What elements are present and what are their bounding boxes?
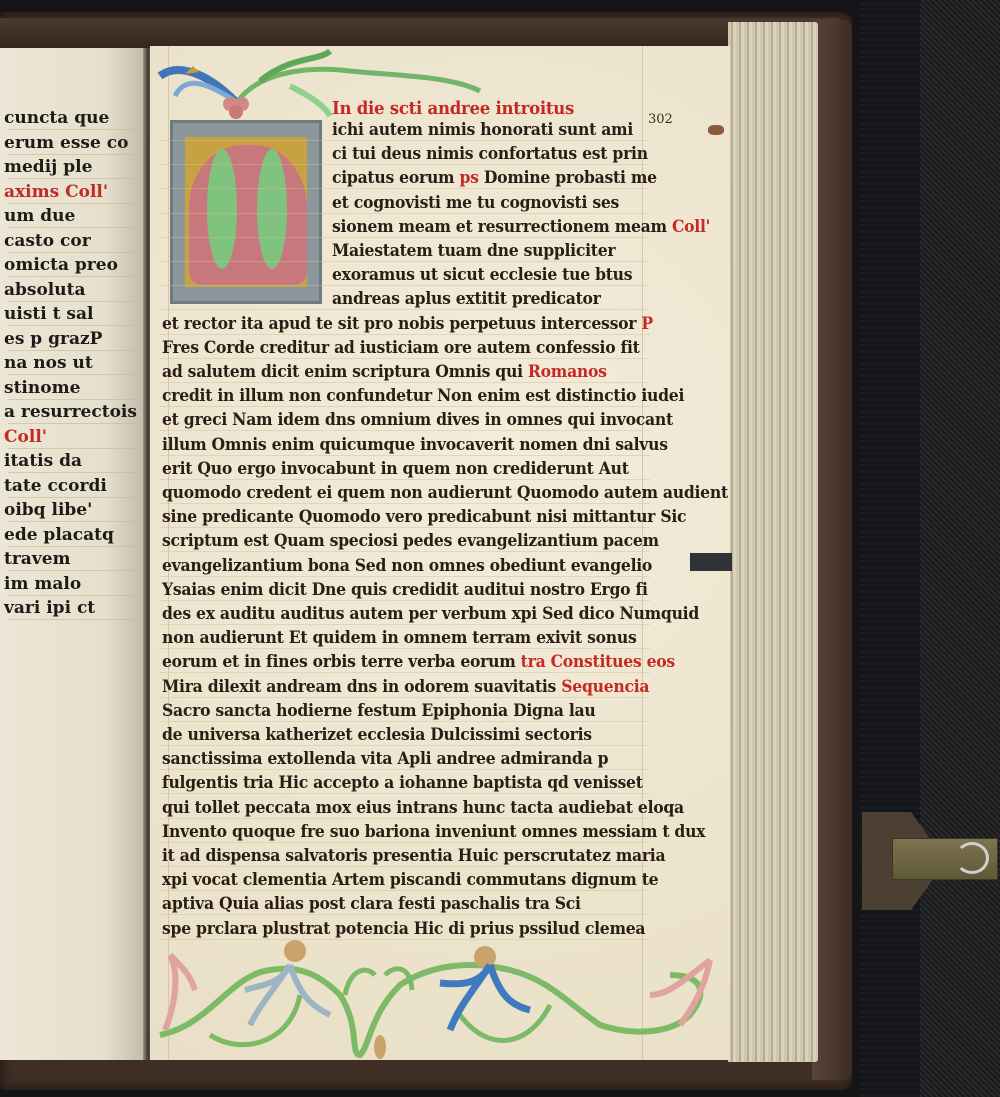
ruling-line	[160, 188, 650, 189]
manuscript-line: eorum et in fines orbis terre verba eoru…	[162, 652, 675, 672]
manuscript-line: Invento quoque fre suo bariona inveniunt…	[162, 822, 705, 842]
ruling-line	[8, 521, 148, 522]
ruling-line	[160, 213, 650, 214]
ruling-line	[8, 227, 148, 228]
manuscript-line: ad salutem dicit enim scriptura Omnis qu…	[162, 362, 607, 382]
line-text: illum Omnis enim quicumque invocaverit n…	[162, 435, 668, 455]
ruling-line	[160, 285, 650, 286]
ruling-line	[8, 546, 148, 547]
line-text: fulgentis tria Hic accepto a iohanne bap…	[162, 773, 643, 793]
line-text: Maiestatem tuam dne suppliciter	[332, 241, 615, 261]
cover-top-edge	[0, 18, 840, 48]
initial-leaf-icon	[207, 149, 237, 269]
left-page-line: axims Coll'	[4, 182, 108, 202]
ruling-line	[160, 914, 650, 915]
rubric-text: P	[641, 314, 652, 334]
ruling-line	[160, 406, 650, 407]
manuscript-line: qui tollet peccata mox eius intrans hunc…	[162, 798, 684, 818]
line-text: Invento quoque fre suo bariona inveniunt…	[162, 822, 705, 842]
ruling-line	[160, 503, 650, 504]
manuscript-line: scriptum est Quam speciosi pedes evangel…	[162, 531, 659, 551]
ruling-line	[8, 129, 148, 130]
line-text: Ysaias enim dicit Dne quis credidit audi…	[162, 580, 648, 600]
left-page-line: um due	[4, 206, 75, 226]
ruling-line	[8, 301, 148, 302]
manuscript-line: des ex auditu auditus autem per verbum x…	[162, 604, 699, 624]
left-page-line: itatis da	[4, 451, 82, 471]
ruling-line	[8, 252, 148, 253]
ruling-line	[160, 672, 650, 673]
ruling-line	[160, 309, 650, 310]
ruling-line	[8, 399, 148, 400]
manuscript-line: ci tui deus nimis confortatus est prin	[332, 144, 648, 164]
line-text: et greci Nam idem dns omnium dives in om…	[162, 410, 673, 430]
left-page-line: a resurrectois	[4, 402, 137, 422]
margin-rule-right	[642, 46, 643, 1060]
rubric-text: Coll'	[672, 217, 710, 237]
ruling-line	[8, 374, 148, 375]
left-page-line: travem	[4, 549, 71, 569]
left-page-line: erum esse co	[4, 133, 128, 153]
ruling-line	[160, 430, 650, 431]
ruling-line	[8, 325, 148, 326]
ruling-line	[160, 866, 650, 867]
line-text: exoramus ut sicut ecclesie tue btus	[332, 265, 632, 285]
rubric-heading: In die scti andree introitus	[332, 98, 574, 119]
clasp-hook-icon	[955, 842, 989, 874]
line-text: aptiva Quia alias post clara festi pasch…	[162, 894, 581, 914]
ruling-line	[8, 595, 148, 596]
rubric-text: ps	[460, 168, 479, 188]
line-text: Sacro sancta hodierne festum Epiphonia D…	[162, 701, 595, 721]
left-page-line: omicta preo	[4, 255, 118, 275]
mesh-background	[920, 0, 1000, 1097]
left-page-line: ede placatq	[4, 525, 114, 545]
manuscript-line: credit in illum non confundetur Non enim…	[162, 386, 684, 406]
line-text: eorum et in fines orbis terre verba eoru…	[162, 652, 515, 672]
manuscript-line: sionem meam et resurrectionem meam Coll'	[332, 217, 710, 237]
cover-fore-edge	[812, 20, 852, 1080]
ruling-line	[8, 178, 148, 179]
left-page-line: na nos ut	[4, 353, 93, 373]
left-page-line: cuncta que	[4, 108, 109, 128]
left-page-line: casto cor	[4, 231, 91, 251]
manuscript-line: Maiestatem tuam dne suppliciter	[332, 241, 615, 261]
ruling-line	[160, 164, 650, 165]
left-page-line: medij ple	[4, 157, 92, 177]
left-page-line: uisti t sal	[4, 304, 93, 324]
ruling-line	[8, 350, 148, 351]
ruling-line	[8, 472, 148, 473]
ruling-line	[160, 818, 650, 819]
ruling-line	[160, 600, 650, 601]
bookmark-tab	[690, 553, 732, 571]
manuscript-line: fulgentis tria Hic accepto a iohanne bap…	[162, 773, 643, 793]
ruling-line	[160, 358, 650, 359]
ruling-line	[160, 842, 650, 843]
left-page-line: im malo	[4, 574, 81, 594]
ruling-line	[8, 154, 148, 155]
left-page-line: absoluta	[4, 280, 86, 300]
line-text: ichi autem nimis honorati sunt ami	[332, 120, 633, 140]
ruling-line	[160, 261, 650, 262]
left-page-line: tate ccordi	[4, 476, 107, 496]
line-text: cipatus eorum	[332, 168, 454, 188]
initial-leaf-icon	[257, 149, 287, 269]
line-text: sanctissima extollenda vita Apli andree …	[162, 749, 608, 769]
ruling-line	[8, 423, 148, 424]
line-text: sine predicante Quomodo vero predicabunt…	[162, 507, 686, 527]
manuscript-line: it ad dispensa salvatoris presentia Huic…	[162, 846, 665, 866]
line-text: et rector ita apud te sit pro nobis perp…	[162, 314, 636, 334]
line-text: scriptum est Quam speciosi pedes evangel…	[162, 531, 659, 551]
left-page-line: es p grazP	[4, 329, 102, 349]
rubric-text: Romanos	[528, 362, 607, 382]
line-text: quomodo credent ei quem non audierunt Qu…	[162, 483, 728, 503]
manuscript-line: xpi vocat clementia Artem piscandi commu…	[162, 870, 658, 890]
manuscript-line: aptiva Quia alias post clara festi pasch…	[162, 894, 581, 914]
bottom-border-vine-icon	[150, 935, 740, 1060]
ruling-line	[160, 745, 650, 746]
left-page-line: Coll'	[4, 427, 47, 447]
line-text: et cognovisti me tu cognovisti ses	[332, 193, 619, 213]
line-text: erit Quo ergo invocabunt in quem non cre…	[162, 459, 629, 479]
ruling-line	[8, 203, 148, 204]
ruling-line	[8, 570, 148, 571]
ruling-line	[160, 890, 650, 891]
ruling-line	[160, 551, 650, 552]
parchment-stain	[708, 125, 724, 135]
ruling-line	[160, 382, 650, 383]
ruling-line	[8, 619, 148, 620]
ruling-line	[160, 697, 650, 698]
manuscript-line: Mira dilexit andream dns in odorem suavi…	[162, 677, 649, 697]
ruling-line	[160, 479, 650, 480]
manuscript-line: evangelizantium bona Sed non omnes obedi…	[162, 556, 652, 576]
manuscript-line: sine predicante Quomodo vero predicabunt…	[162, 507, 686, 527]
line-text: des ex auditu auditus autem per verbum x…	[162, 604, 699, 624]
ruling-line	[160, 721, 650, 722]
manuscript-line: Ysaias enim dicit Dne quis credidit audi…	[162, 580, 648, 600]
ruling-line	[160, 576, 650, 577]
manuscript-line: et rector ita apud te sit pro nobis perp…	[162, 314, 653, 334]
left-page-line: stinome	[4, 378, 80, 398]
line-text: qui tollet peccata mox eius intrans hunc…	[162, 798, 684, 818]
ruling-line	[160, 455, 650, 456]
manuscript-line: andreas aplus extitit predicator	[332, 289, 601, 309]
ruling-line	[160, 769, 650, 770]
line-text: ad salutem dicit enim scriptura Omnis qu…	[162, 362, 523, 382]
left-page-line: vari ipi ct	[4, 598, 95, 618]
ruling-line	[160, 527, 650, 528]
manuscript-line: et greci Nam idem dns omnium dives in om…	[162, 410, 673, 430]
manuscript-line: Sacro sancta hodierne festum Epiphonia D…	[162, 701, 595, 721]
folio-number: 302	[648, 112, 673, 127]
page-block-edge	[728, 22, 818, 1062]
line-text: xpi vocat clementia Artem piscandi commu…	[162, 870, 658, 890]
line-text: Mira dilexit andream dns in odorem suavi…	[162, 677, 556, 697]
ruling-line	[160, 624, 650, 625]
line-text: sionem meam et resurrectionem meam	[332, 217, 667, 237]
line-text-tail: Domine probasti me	[484, 168, 657, 188]
manuscript-line: de universa katherizet ecclesia Dulcissi…	[162, 725, 592, 745]
ruling-line	[8, 448, 148, 449]
manuscript-line: et cognovisti me tu cognovisti ses	[332, 193, 619, 213]
ruling-line	[160, 648, 650, 649]
line-text: de universa katherizet ecclesia Dulcissi…	[162, 725, 592, 745]
background-stripes	[860, 0, 925, 1097]
manuscript-line: sanctissima extollenda vita Apli andree …	[162, 749, 608, 769]
ruling-line	[160, 237, 650, 238]
line-text: ci tui deus nimis confortatus est prin	[332, 144, 648, 164]
ruling-line	[160, 140, 650, 141]
manuscript-line: cipatus eorum ps Domine probasti me	[332, 168, 657, 188]
line-text: evangelizantium bona Sed non omnes obedi…	[162, 556, 652, 576]
line-text: non audierunt Et quidem in omnem terram …	[162, 628, 637, 648]
manuscript-line: erit Quo ergo invocabunt in quem non cre…	[162, 459, 629, 479]
line-text: Fres Corde creditur ad iusticiam ore aut…	[162, 338, 640, 358]
line-text: credit in illum non confundetur Non enim…	[162, 386, 684, 406]
ruling-line	[160, 334, 650, 335]
manuscript-line: non audierunt Et quidem in omnem terram …	[162, 628, 637, 648]
left-page-line: oibq libe'	[4, 500, 92, 520]
line-text: it ad dispensa salvatoris presentia Huic…	[162, 846, 665, 866]
manuscript-line: exoramus ut sicut ecclesie tue btus	[332, 265, 632, 285]
line-text: andreas aplus extitit predicator	[332, 289, 601, 309]
manuscript-line: quomodo credent ei quem non audierunt Qu…	[162, 483, 728, 503]
ruling-line	[8, 497, 148, 498]
rubric-text: tra Constitues eos	[521, 652, 675, 672]
left-page: cuncta queerum esse comedij pleaxims Col…	[0, 48, 150, 1060]
manuscript-line: Fres Corde creditur ad iusticiam ore aut…	[162, 338, 640, 358]
manuscript-line: illum Omnis enim quicumque invocaverit n…	[162, 435, 668, 455]
rubric-text: Sequencia	[561, 677, 649, 697]
ruling-line	[8, 276, 148, 277]
manuscript-line: ichi autem nimis honorati sunt ami	[332, 120, 633, 140]
ruling-line	[160, 793, 650, 794]
